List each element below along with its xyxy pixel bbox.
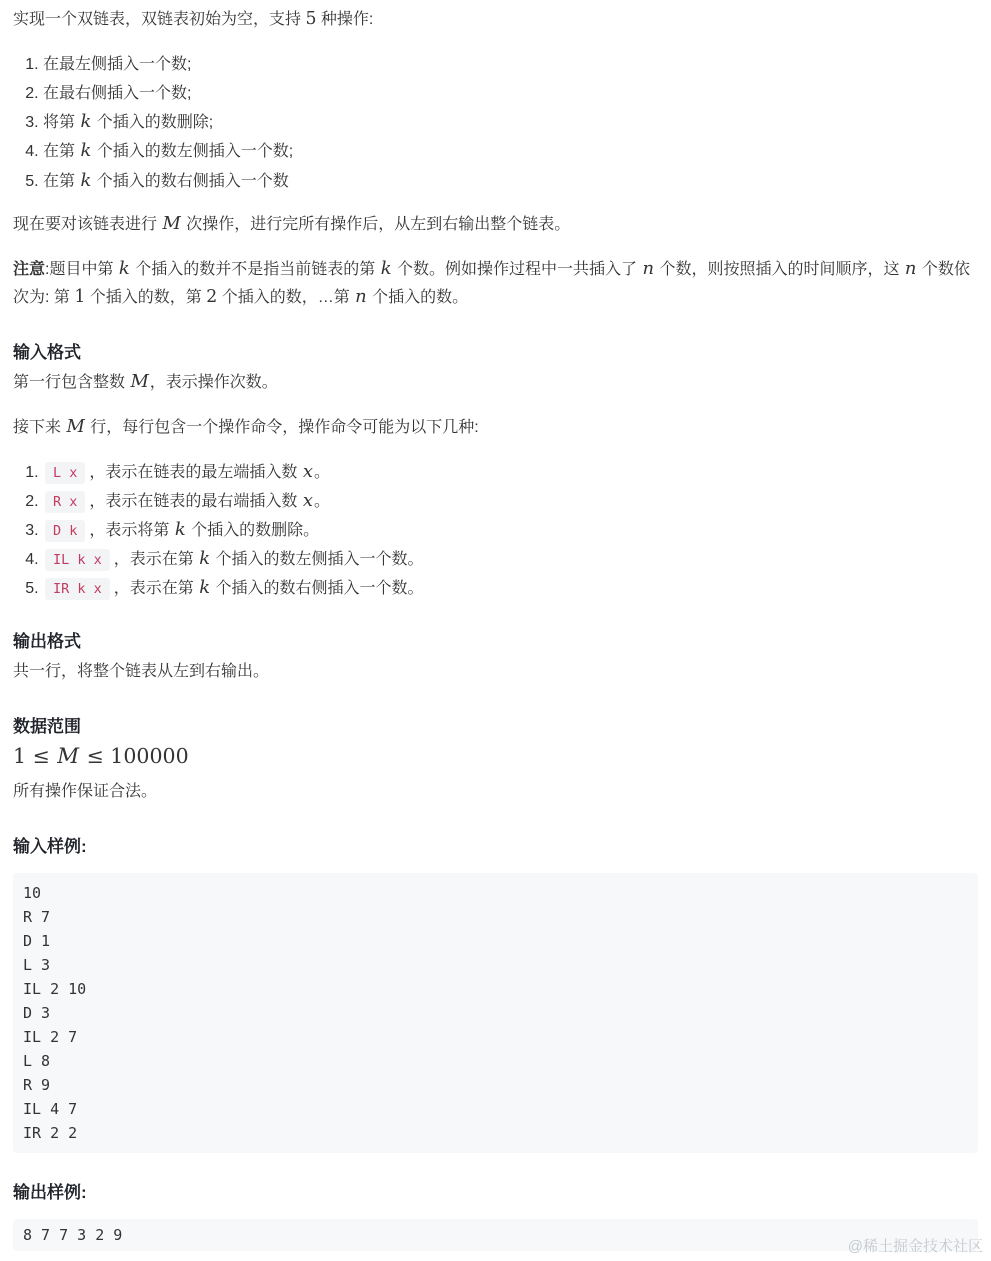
text-segment: 个插入的数左侧插入一个数。 bbox=[211, 551, 423, 568]
operations-list: 在最左侧插入一个数;在最右侧插入一个数;将第 k 个插入的数删除;在第 k 个插… bbox=[13, 51, 978, 195]
text-segment: 个插入的数右侧插入一个数。 bbox=[211, 580, 423, 597]
text-segment: 次操作，进行完所有操作后，从左到右输出整个链表。 bbox=[182, 216, 570, 233]
text-segment: 个插入的数，第 bbox=[85, 289, 206, 306]
watermark: @稀土掘金技术社区 bbox=[848, 1235, 983, 1256]
text-segment: 现在要对该链表进行 bbox=[13, 216, 161, 233]
text-segment: 在最右侧插入一个数; bbox=[43, 85, 191, 102]
list-item: L x，表示在链表的最左端插入数 x。 bbox=[43, 459, 978, 486]
math-variable: n bbox=[354, 286, 368, 307]
text-segment: 接下来 bbox=[13, 419, 65, 436]
math-number: ≤ 100000 bbox=[80, 744, 189, 768]
math-variable: k bbox=[118, 258, 131, 279]
list-item: 在最右侧插入一个数; bbox=[43, 80, 978, 107]
inline-code: D k bbox=[45, 520, 85, 542]
text-segment: 在最左侧插入一个数; bbox=[43, 56, 191, 73]
math-variable: M bbox=[56, 744, 80, 769]
list-item: 在第 k 个插入的数右侧插入一个数 bbox=[43, 168, 978, 195]
output-format-paragraph: 共一行，将整个链表从左到右输出。 bbox=[13, 658, 978, 687]
note-paragraph: 注意:题目中第 k 个插入的数并不是指当前链表的第 k 个数。例如操作过程中一共… bbox=[13, 256, 978, 314]
output-sample-code-block: 8 7 7 3 2 9 bbox=[13, 1219, 978, 1251]
output-sample-heading: 输出样例: bbox=[13, 1181, 978, 1205]
text-segment: 。 bbox=[314, 464, 330, 481]
math-variable: n bbox=[904, 258, 918, 279]
math-variable: M bbox=[65, 416, 85, 437]
text-segment: ，表示操作次数。 bbox=[150, 374, 278, 391]
text-segment: 将第 bbox=[43, 114, 79, 131]
input-format-heading: 输入格式 bbox=[13, 341, 978, 365]
output-format-heading: 输出格式 bbox=[13, 630, 978, 654]
text-segment: 个插入的数右侧插入一个数 bbox=[92, 173, 288, 190]
list-item: D k，表示将第 k 个插入的数删除。 bbox=[43, 517, 978, 544]
text-segment: :题目中第 bbox=[45, 261, 118, 278]
math-variable: k bbox=[174, 519, 187, 540]
text-segment: 个插入的数并不是指当前链表的第 bbox=[131, 261, 380, 278]
math-number: 2 bbox=[206, 287, 217, 307]
text-segment: 个数。例如操作过程中一共插入了 bbox=[393, 261, 642, 278]
text-segment: ，表示在链表的最左端插入数 bbox=[89, 464, 301, 481]
text-segment: 个插入的数删除; bbox=[92, 114, 213, 131]
text-segment: ，表示在第 bbox=[114, 551, 198, 568]
text-segment: 。 bbox=[314, 493, 330, 510]
input-sample-code-block: 10 R 7 D 1 L 3 IL 2 10 D 3 IL 2 7 L 8 R … bbox=[13, 873, 978, 1153]
math-variable: k bbox=[380, 258, 393, 279]
inline-code: IL k x bbox=[45, 549, 110, 571]
list-item: IL k x，表示在第 k 个插入的数左侧插入一个数。 bbox=[43, 546, 978, 573]
intro-paragraph: 实现一个双链表，双链表初始为空，支持 5 种操作: bbox=[13, 6, 978, 35]
math-number: 5 bbox=[305, 9, 316, 29]
input-format-line1: 第一行包含整数 M，表示操作次数。 bbox=[13, 369, 978, 398]
text-segment: 个插入的数。 bbox=[368, 289, 468, 306]
text-segment: 个插入的数左侧插入一个数; bbox=[92, 143, 293, 160]
problem-statement-page: 实现一个双链表，双链表初始为空，支持 5 种操作: 在最左侧插入一个数;在最右侧… bbox=[0, 0, 991, 1261]
process-paragraph: 现在要对该链表进行 M 次操作，进行完所有操作后，从左到右输出整个链表。 bbox=[13, 211, 978, 240]
data-range-heading: 数据范围 bbox=[13, 715, 978, 739]
input-sample-heading: 输入样例: bbox=[13, 835, 978, 859]
math-variable: k bbox=[198, 548, 211, 569]
input-format-line2: 接下来 M 行，每行包含一个操作命令，操作命令可能为以下几种: bbox=[13, 414, 978, 443]
math-variable: k bbox=[198, 577, 211, 598]
text-segment: ，表示在链表的最右端插入数 bbox=[89, 493, 301, 510]
text-segment: 个插入的数，…第 bbox=[217, 289, 354, 306]
text-segment: 行，每行包含一个操作命令，操作命令可能为以下几种: bbox=[86, 419, 479, 436]
math-variable: M bbox=[129, 371, 149, 392]
list-item: 在第 k 个插入的数左侧插入一个数; bbox=[43, 138, 978, 165]
text-segment: 第一行包含整数 bbox=[13, 374, 129, 391]
math-variable: n bbox=[641, 258, 655, 279]
math-variable: x bbox=[302, 490, 314, 511]
math-number: 1 ≤ bbox=[13, 744, 56, 768]
text-segment: ，表示在第 bbox=[114, 580, 198, 597]
math-variable: k bbox=[79, 111, 92, 132]
text-segment: 种操作: bbox=[316, 11, 373, 28]
math-number: 1 bbox=[74, 287, 85, 307]
math-variable: k bbox=[79, 140, 92, 161]
list-item: 将第 k 个插入的数删除; bbox=[43, 109, 978, 136]
data-range-formula: 1 ≤ M ≤ 100000 bbox=[13, 743, 978, 772]
bold-text-segment: 注意 bbox=[13, 261, 45, 278]
list-item: IR k x，表示在第 k 个插入的数右侧插入一个数。 bbox=[43, 575, 978, 602]
inline-code: R x bbox=[45, 491, 85, 513]
list-item: R x，表示在链表的最右端插入数 x。 bbox=[43, 488, 978, 515]
list-item: 在最左侧插入一个数; bbox=[43, 51, 978, 78]
inline-code: IR k x bbox=[45, 578, 110, 600]
data-range-note: 所有操作保证合法。 bbox=[13, 778, 978, 807]
text-segment: 个数，则按照插入的时间顺序，这 bbox=[655, 261, 904, 278]
math-variable: x bbox=[302, 461, 314, 482]
inline-code: L x bbox=[45, 462, 85, 484]
text-segment: ，表示将第 bbox=[89, 522, 173, 539]
text-segment: 在第 bbox=[43, 173, 79, 190]
math-variable: k bbox=[79, 170, 92, 191]
math-variable: M bbox=[161, 213, 181, 234]
text-segment: 个插入的数删除。 bbox=[187, 522, 319, 539]
text-segment: 在第 bbox=[43, 143, 79, 160]
commands-list: L x，表示在链表的最左端插入数 x。R x，表示在链表的最右端插入数 x。D … bbox=[13, 459, 978, 603]
text-segment: 实现一个双链表，双链表初始为空，支持 bbox=[13, 11, 305, 28]
